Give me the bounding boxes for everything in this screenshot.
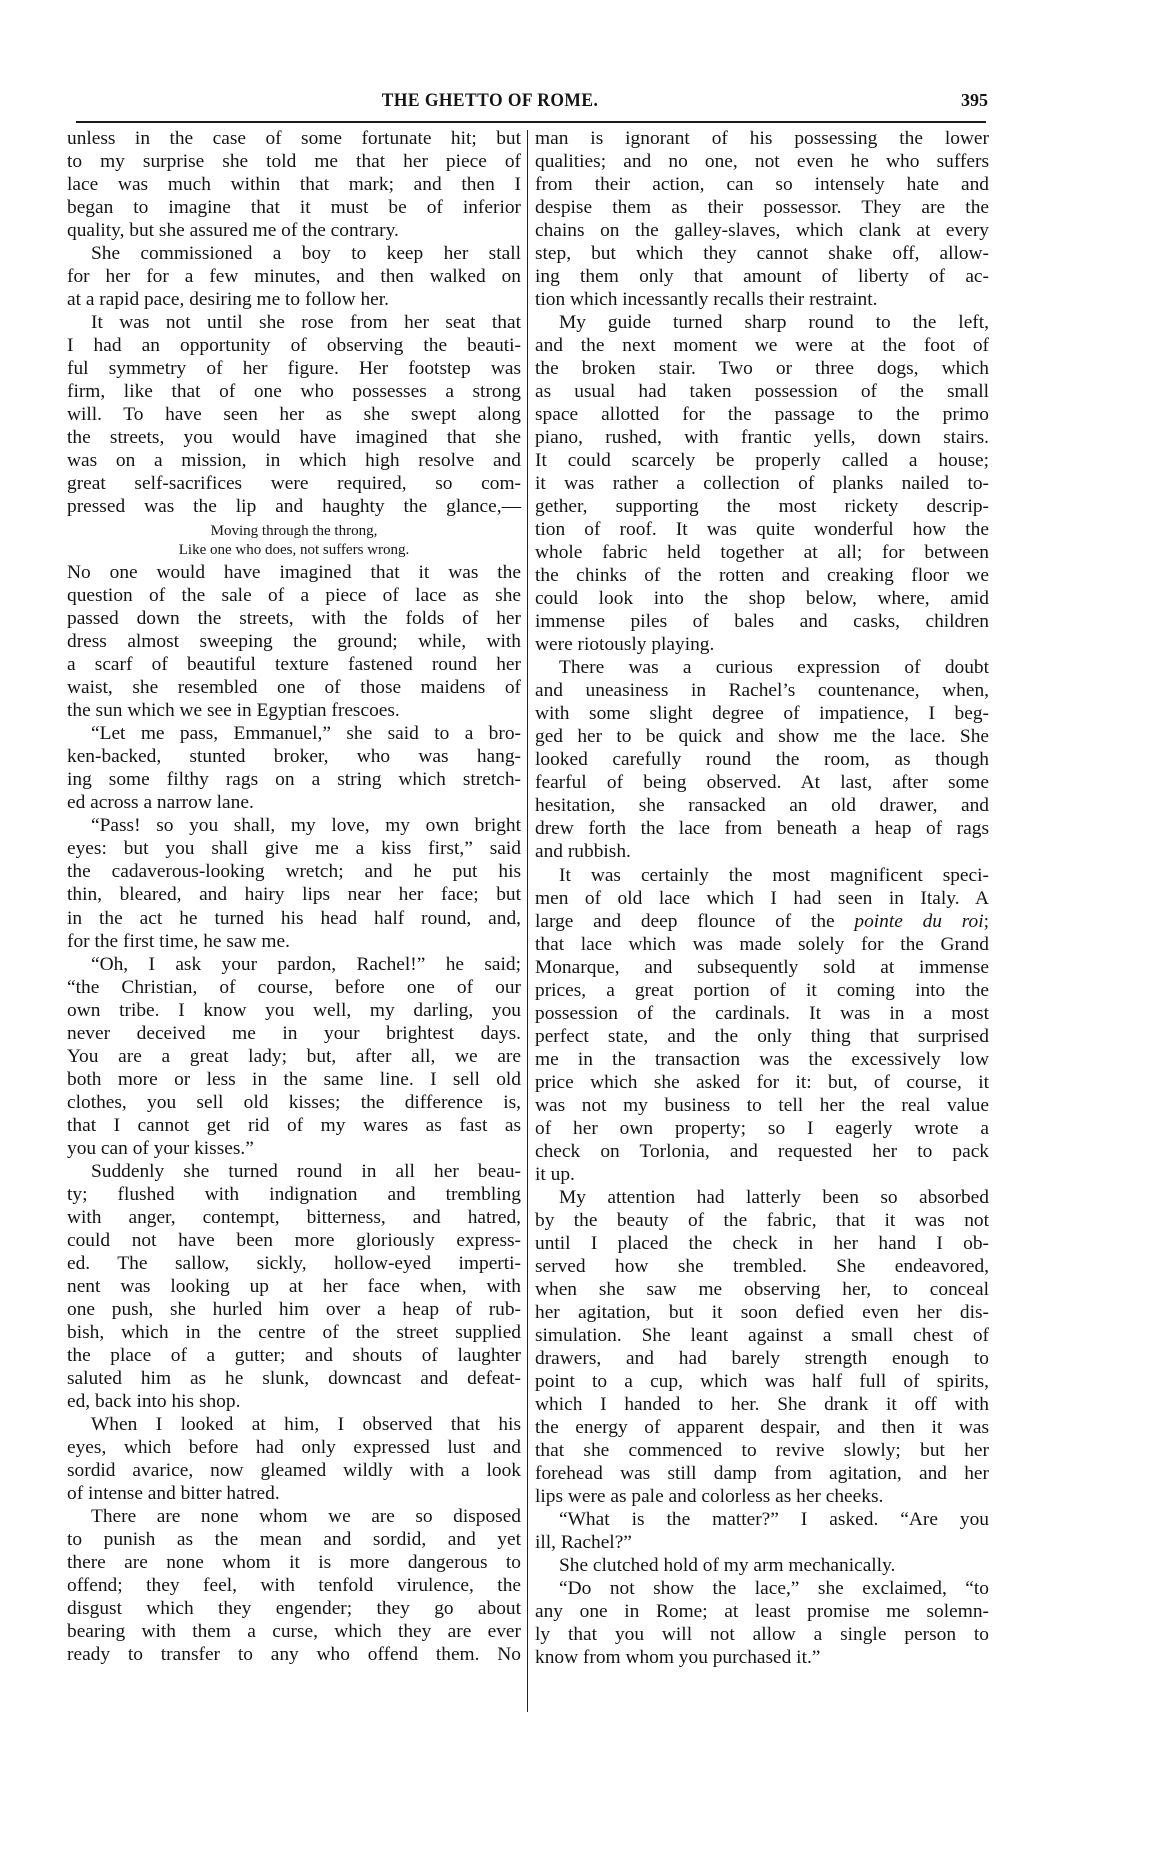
text-line: qualities; and no one, not even he who s… [535, 150, 989, 173]
text-line: ful symmetry of her figure. Her footstep… [67, 357, 521, 380]
text-line: that lace which was made solely for the … [535, 933, 989, 956]
text-line: ing some filthy rags on a string which s… [67, 768, 521, 791]
text-line: “the Christian, of course, before one of… [67, 976, 521, 999]
text-line: for the first time, he saw me. [67, 930, 521, 953]
text-line: “Pass! so you shall, my love, my own bri… [67, 814, 521, 837]
text-line: men of old lace which I had seen in Ital… [535, 887, 989, 910]
text-line: fearful of being observed. At last, afte… [535, 771, 989, 794]
text-line: the place of a gutter; and shouts of lau… [67, 1344, 521, 1367]
text-line: looked carefully round the room, as thou… [535, 748, 989, 771]
text-line: forehead was still damp from agitation, … [535, 1462, 989, 1485]
text-line: simulation. She leant against a small ch… [535, 1324, 989, 1347]
text-line: hesitation, she ransacked an old drawer,… [535, 794, 989, 817]
text-line: immense piles of bales and casks, childr… [535, 610, 989, 633]
text-line: ed across a narrow lane. [67, 791, 521, 814]
text-line: There are none whom we are so disposed [67, 1505, 521, 1528]
text-line: My attention had latterly been so absorb… [535, 1186, 989, 1209]
text-line: there are none whom it is more dangerous… [67, 1551, 521, 1574]
text-line: with anger, contempt, bitterness, and ha… [67, 1206, 521, 1229]
text-line: It could scarcely be properly called a h… [535, 449, 989, 472]
text-line: ged her to be quick and show me the lace… [535, 725, 989, 748]
text-line: her agitation, but it soon defied even h… [535, 1301, 989, 1324]
text-line: “What is the matter?” I asked. “Are you [535, 1508, 989, 1531]
italic-phrase: pointe du roi [854, 911, 983, 932]
text-line: perfect state, and the only thing that s… [535, 1025, 989, 1048]
text-line: clothes, you sell old kisses; the differ… [67, 1091, 521, 1114]
text-line: own tribe. I know you well, my darling, … [67, 999, 521, 1022]
text-line: pressed was the lip and haughty the glan… [67, 495, 521, 518]
text-line: prices, a great portion of it coming int… [535, 979, 989, 1002]
text-line: step, but which they cannot shake off, a… [535, 242, 989, 265]
text-line: price which she asked for it: but, of co… [535, 1071, 989, 1094]
text-line: in the act he turned his head half round… [67, 907, 521, 930]
text-line: both more or less in the same line. I se… [67, 1068, 521, 1091]
running-title: THE GHETTO OF ROME. [343, 90, 637, 112]
text-line: eyes: but you shall give me a kiss first… [67, 837, 521, 860]
text-line: to punish as the mean and sordid, and ye… [67, 1528, 521, 1551]
text-line: Suddenly she turned round in all her bea… [67, 1160, 521, 1183]
text-line: quality, but she assured me of the contr… [67, 219, 521, 242]
text-line: ed. The sallow, sickly, hollow-eyed impe… [67, 1252, 521, 1275]
text-line: that I cannot get rid of my wares as fas… [67, 1114, 521, 1137]
text-line: passed down the streets, with the folds … [67, 607, 521, 630]
text-line: ly that you will not allow a single pers… [535, 1623, 989, 1646]
text-line: for her for a few minutes, and then walk… [67, 265, 521, 288]
text-line: was on a mission, in which high resolve … [67, 449, 521, 472]
text-line: the broken stair. Two or three dogs, whi… [535, 357, 989, 380]
book-page: THE GHETTO OF ROME. 395 unless in the ca… [0, 0, 1176, 1850]
text-line: and uneasiness in Rachel’s countenance, … [535, 679, 989, 702]
text-line: never deceived me in your brightest days… [67, 1022, 521, 1045]
text-line: question of the sale of a piece of lace … [67, 584, 521, 607]
text-line: of her own property; so I eagerly wrote … [535, 1117, 989, 1140]
page-number: 395 [944, 90, 988, 111]
text-line: drew forth the lace from beneath a heap … [535, 817, 989, 840]
text-line: bearing with them a curse, which they ar… [67, 1620, 521, 1643]
text-line: you can of your kisses.” [67, 1137, 521, 1160]
text-line: any one in Rome; at least promise me sol… [535, 1600, 989, 1623]
text-line: were riotously playing. [535, 633, 989, 656]
text-line: ty; flushed with indignation and trembli… [67, 1183, 521, 1206]
text-line: as usual had taken possession of the sma… [535, 380, 989, 403]
text-line: I had an opportunity of observing the be… [67, 334, 521, 357]
text-line: She clutched hold of my arm mechanically… [535, 1554, 989, 1577]
text-line: a scarf of beautiful texture fastened ro… [67, 653, 521, 676]
text-line: chains on the galley-slaves, which clank… [535, 219, 989, 242]
text-line: disgust which they engender; they go abo… [67, 1597, 521, 1620]
text-line: It was certainly the most magnificent sp… [535, 864, 989, 887]
text-line: ed, back into his shop. [67, 1390, 521, 1413]
text-line: point to a cup, which was half full of s… [535, 1370, 989, 1393]
text-line: large and deep flounce of the pointe du … [535, 910, 989, 933]
text-line: She commissioned a boy to keep her stall [67, 242, 521, 265]
text-line: could not have been more gloriously expr… [67, 1229, 521, 1252]
text-line: could look into the shop below, where, a… [535, 587, 989, 610]
text-line: will. To have seen her as she swept alon… [67, 403, 521, 426]
text-line: one push, she hurled him over a heap of … [67, 1298, 521, 1321]
text-line: “Do not show the lace,” she exclaimed, “… [535, 1577, 989, 1600]
text-line: drawers, and had barely strength enough … [535, 1347, 989, 1370]
text-line: “Oh, I ask your pardon, Rachel!” he said… [67, 953, 521, 976]
text-line: bish, which in the centre of the street … [67, 1321, 521, 1344]
text-line: when she saw me observing her, to concea… [535, 1278, 989, 1301]
text-line: There was a curious expression of doubt [535, 656, 989, 679]
text-line: that she commenced to revive slowly; but… [535, 1439, 989, 1462]
verse-line: Moving through the throng, [67, 518, 521, 541]
text-line: despise them as their possessor. They ar… [535, 196, 989, 219]
text-line: firm, like that of one who possesses a s… [67, 380, 521, 403]
text-line: No one would have imagined that it was t… [67, 561, 521, 584]
text-line: When I looked at him, I observed that hi… [67, 1413, 521, 1436]
text-line: nent was looking up at her face when, wi… [67, 1275, 521, 1298]
column-divider [527, 130, 528, 1712]
text-line: was not my business to tell her the real… [535, 1094, 989, 1117]
text-line: and rubbish. [535, 840, 989, 863]
text-line: it up. [535, 1163, 989, 1186]
text-line: whole fabric held together at all; for b… [535, 541, 989, 564]
text-line: began to imagine that it must be of infe… [67, 196, 521, 219]
text-line: piano, rushed, with frantic yells, down … [535, 426, 989, 449]
text-line: tion which incessantly recalls their res… [535, 288, 989, 311]
text-line: man is ignorant of his possessing the lo… [535, 127, 989, 150]
text-line: You are a great lady; but, after all, we… [67, 1045, 521, 1068]
text-line: the chinks of the rotten and creaking fl… [535, 564, 989, 587]
text-line: it was rather a collection of planks nai… [535, 472, 989, 495]
text-line: thin, bleared, and hairy lips near her f… [67, 883, 521, 906]
text-line: the streets, you would have imagined tha… [67, 426, 521, 449]
text-line: saluted him as he slunk, downcast and de… [67, 1367, 521, 1390]
text-line: to my surprise she told me that her piec… [67, 150, 521, 173]
text-line: My guide turned sharp round to the left, [535, 311, 989, 334]
text-line: me in the transaction was the excessivel… [535, 1048, 989, 1071]
text-line: “Let me pass, Emmanuel,” she said to a b… [67, 722, 521, 745]
text-line: unless in the case of some fortunate hit… [67, 127, 521, 150]
text-line: eyes, which before had only expressed lu… [67, 1436, 521, 1459]
text-line: gether, supporting the most rickety desc… [535, 495, 989, 518]
text-line: space allotted for the passage to the pr… [535, 403, 989, 426]
text-line: the sun which we see in Egyptian frescoe… [67, 699, 521, 722]
text-line: sordid avarice, now gleamed wildly with … [67, 1459, 521, 1482]
text-line: lips were as pale and colorless as her c… [535, 1485, 989, 1508]
text-line: the energy of apparent despair, and then… [535, 1416, 989, 1439]
text-line: ill, Rachel?” [535, 1531, 989, 1554]
text-line: which I handed to her. She drank it off … [535, 1393, 989, 1416]
text-line: from their action, can so intensely hate… [535, 173, 989, 196]
text-line: dress almost sweeping the ground; while,… [67, 630, 521, 653]
text-line: by the beauty of the fabric, that it was… [535, 1209, 989, 1232]
text-line: until I placed the check in her hand I o… [535, 1232, 989, 1255]
text-line: with some slight degree of impatience, I… [535, 702, 989, 725]
text-line: ken-backed, stunted broker, who was hang… [67, 745, 521, 768]
text-line: possession of the cardinals. It was in a… [535, 1002, 989, 1025]
text-line: ing them only that amount of liberty of … [535, 265, 989, 288]
text-line: check on Torlonia, and requested her to … [535, 1140, 989, 1163]
text-line: It was not until she rose from her seat … [67, 311, 521, 334]
text-line: offend; they feel, with tenfold virulenc… [67, 1574, 521, 1597]
text-line: lace was much within that mark; and then… [67, 173, 521, 196]
text-line: ready to transfer to any who offend them… [67, 1643, 521, 1666]
text-line: know from whom you purchased it.” [535, 1646, 989, 1669]
text-line: served how she trembled. She endeavored, [535, 1255, 989, 1278]
text-line: waist, she resembled one of those maiden… [67, 676, 521, 699]
text-line: great self-sacrifices were required, so … [67, 472, 521, 495]
text-line: of intense and bitter hatred. [67, 1482, 521, 1505]
right-column: man is ignorant of his possessing the lo… [535, 127, 989, 1669]
text-line: and the next moment we were at the foot … [535, 334, 989, 357]
text-line: tion of roof. It was quite wonderful how… [535, 518, 989, 541]
text-line: the cadaverous-looking wretch; and he pu… [67, 860, 521, 883]
text-line: Monarque, and subsequently sold at immen… [535, 956, 989, 979]
text-line: at a rapid pace, desiring me to follow h… [67, 288, 521, 311]
left-column: unless in the case of some fortunate hit… [67, 127, 521, 1666]
verse-line: Like one who does, not suffers wrong. [67, 541, 521, 561]
header-rule [76, 121, 986, 123]
